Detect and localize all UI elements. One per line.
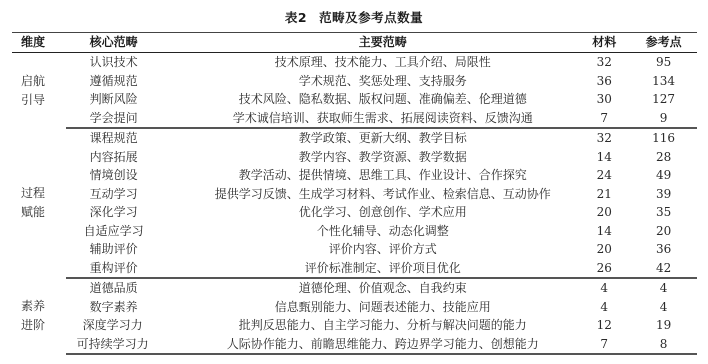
group-suyang: 素养 进阶 道德品质 道德伦理、价值观念、自我约束 4 4 数字素养 信息甄别能… [12,278,697,354]
refs-cell: 9 [630,109,697,129]
table-row: 过程 赋能 课程规范 教学政策、更新大纲、教学目标 32 116 [12,128,697,148]
table-row: 重构评价 评价标准制定、评价项目优化 26 42 [12,259,697,279]
header-reference-points: 参考点 [630,33,697,53]
main-cell: 教学内容、教学资源、教学数据 [187,148,578,167]
table-row: 数字素养 信息甄别能力、问题表述能力、技能应用 4 4 [12,298,697,317]
core-cell: 遵循规范 [66,72,188,91]
refs-cell: 39 [630,185,697,204]
core-text: 遵循规范 [66,72,138,91]
core-cell: 道德品质 [66,278,188,298]
core-text: 深度学习力 [66,316,143,335]
materials-cell: 4 [578,298,630,317]
core-cell: 自适应学习 [66,222,188,241]
main-cell: 人际协作能力、前瞻思维能力、跨边界学习能力、创想能力 [187,335,578,355]
materials-cell: 14 [578,222,630,241]
dimension-line: 启航 [21,72,66,91]
core-text: 学会提问 [66,109,138,128]
table-row: 辅助评价 评价内容、评价方式 20 36 [12,240,697,259]
table-row: 自适应学习 个性化辅导、动态化调整 14 20 [12,222,697,241]
core-cell: 互动学习 [66,185,188,204]
group-qihang: 启航 引导 认识技术 技术原理、技术能力、工具介绍、局限性 32 95 遵循规范… [12,53,697,129]
materials-cell: 21 [578,185,630,204]
main-cell: 教学活动、提供情境、思维工具、作业设计、合作探究 [187,166,578,185]
dimension-line: 过程 [21,184,66,203]
category-table: 维度 核心范畴 主要范畴 材料 参考点 启航 引导 认识技术 技术原理、技术能力… [12,32,697,355]
main-cell: 个性化辅导、动态化调整 [187,222,578,241]
main-cell: 批判反思能力、自主学习能力、分析与解决问题的能力 [187,316,578,335]
table-row: 互动学习 提供学习反馈、生成学习材料、考试作业、检索信息、互动协作 21 39 [12,185,697,204]
core-text: 道德品质 [66,279,138,298]
refs-cell: 4 [630,298,697,317]
main-cell: 教学政策、更新大纲、教学目标 [187,128,578,148]
materials-cell: 24 [578,166,630,185]
header-row: 维度 核心范畴 主要范畴 材料 参考点 [12,33,697,53]
materials-cell: 14 [578,148,630,167]
refs-cell: 49 [630,166,697,185]
main-cell: 技术原理、技术能力、工具介绍、局限性 [187,53,578,72]
main-cell: 技术风险、隐私数据、版权问题、准确偏差、伦理道德 [187,90,578,109]
refs-cell: 8 [630,335,697,355]
table-row: 素养 进阶 道德品质 道德伦理、价值观念、自我约束 4 4 [12,278,697,298]
core-text: 互动学习 [66,185,138,204]
table-row: 情境创设 教学活动、提供情境、思维工具、作业设计、合作探究 24 49 [12,166,697,185]
core-cell: 深化学习 [66,203,188,222]
core-cell: 内容拓展 [66,148,188,167]
dimension-line: 进阶 [21,316,66,335]
materials-cell: 4 [578,278,630,298]
materials-cell: 7 [578,335,630,355]
core-text: 重构评价 [66,259,138,278]
core-text: 深化学习 [66,203,138,222]
core-text: 可持续学习力 [66,335,149,354]
core-cell: 重构评价 [66,259,188,279]
dimension-line: 素养 [21,297,66,316]
main-cell: 信息甄别能力、问题表述能力、技能应用 [187,298,578,317]
table-row: 深化学习 优化学习、创意创作、学术应用 20 35 [12,203,697,222]
core-text: 判断风险 [66,90,138,109]
materials-cell: 26 [578,259,630,279]
core-cell: 可持续学习力 [66,335,188,355]
table-row: 启航 引导 认识技术 技术原理、技术能力、工具介绍、局限性 32 95 [12,53,697,72]
refs-cell: 4 [630,278,697,298]
refs-cell: 19 [630,316,697,335]
refs-cell: 20 [630,222,697,241]
group-guocheng: 过程 赋能 课程规范 教学政策、更新大纲、教学目标 32 116 内容拓展 教学… [12,128,697,278]
core-text: 辅助评价 [66,240,138,259]
refs-cell: 116 [630,128,697,148]
table-title: 范畴及参考点数量 [319,10,423,25]
refs-cell: 134 [630,72,697,91]
table-row: 内容拓展 教学内容、教学资源、教学数据 14 28 [12,148,697,167]
table-row: 可持续学习力 人际协作能力、前瞻思维能力、跨边界学习能力、创想能力 7 8 [12,335,697,355]
materials-cell: 20 [578,203,630,222]
core-cell: 判断风险 [66,90,188,109]
core-cell: 数字素养 [66,298,188,317]
refs-cell: 28 [630,148,697,167]
materials-cell: 7 [578,109,630,129]
table-row: 遵循规范 学术规范、奖惩处理、支持服务 36 134 [12,72,697,91]
materials-cell: 20 [578,240,630,259]
dimension-cell: 素养 进阶 [12,278,66,354]
core-text: 内容拓展 [66,148,138,167]
table-row: 判断风险 技术风险、隐私数据、版权问题、准确偏差、伦理道德 30 127 [12,90,697,109]
dimension-line: 引导 [21,91,66,110]
core-text: 数字素养 [66,298,138,317]
refs-cell: 95 [630,53,697,72]
header-main-category: 主要范畴 [187,33,578,53]
main-cell: 评价内容、评价方式 [187,240,578,259]
refs-cell: 127 [630,90,697,109]
core-cell: 情境创设 [66,166,188,185]
dimension-line: 赋能 [21,203,66,222]
header-dimension: 维度 [12,33,66,53]
main-cell: 道德伦理、价值观念、自我约束 [187,278,578,298]
main-cell: 提供学习反馈、生成学习材料、考试作业、检索信息、互动协作 [187,185,578,204]
core-cell: 辅助评价 [66,240,188,259]
core-cell: 认识技术 [66,53,188,72]
dimension-cell: 启航 引导 [12,53,66,129]
core-text: 认识技术 [66,53,138,72]
core-text: 课程规范 [66,129,138,148]
materials-cell: 32 [578,53,630,72]
core-cell: 深度学习力 [66,316,188,335]
materials-cell: 36 [578,72,630,91]
refs-cell: 35 [630,203,697,222]
materials-cell: 12 [578,316,630,335]
materials-cell: 30 [578,90,630,109]
table-row: 深度学习力 批判反思能力、自主学习能力、分析与解决问题的能力 12 19 [12,316,697,335]
materials-cell: 32 [578,128,630,148]
core-text: 自适应学习 [66,222,144,241]
header-core-category: 核心范畴 [66,33,188,53]
main-cell: 学术诚信培训、获取师生需求、拓展阅读资料、反馈沟通 [187,109,578,129]
main-cell: 优化学习、创意创作、学术应用 [187,203,578,222]
core-text: 情境创设 [66,166,138,185]
header-materials: 材料 [578,33,630,53]
core-cell: 学会提问 [66,109,188,129]
main-cell: 学术规范、奖惩处理、支持服务 [187,72,578,91]
table-caption: 表2范畴及参考点数量 [0,8,708,26]
table-number: 表2 [285,10,307,25]
core-cell: 课程规范 [66,128,188,148]
table-row: 学会提问 学术诚信培训、获取师生需求、拓展阅读资料、反馈沟通 7 9 [12,109,697,129]
main-cell: 评价标准制定、评价项目优化 [187,259,578,279]
dimension-cell: 过程 赋能 [12,128,66,278]
refs-cell: 36 [630,240,697,259]
refs-cell: 42 [630,259,697,279]
